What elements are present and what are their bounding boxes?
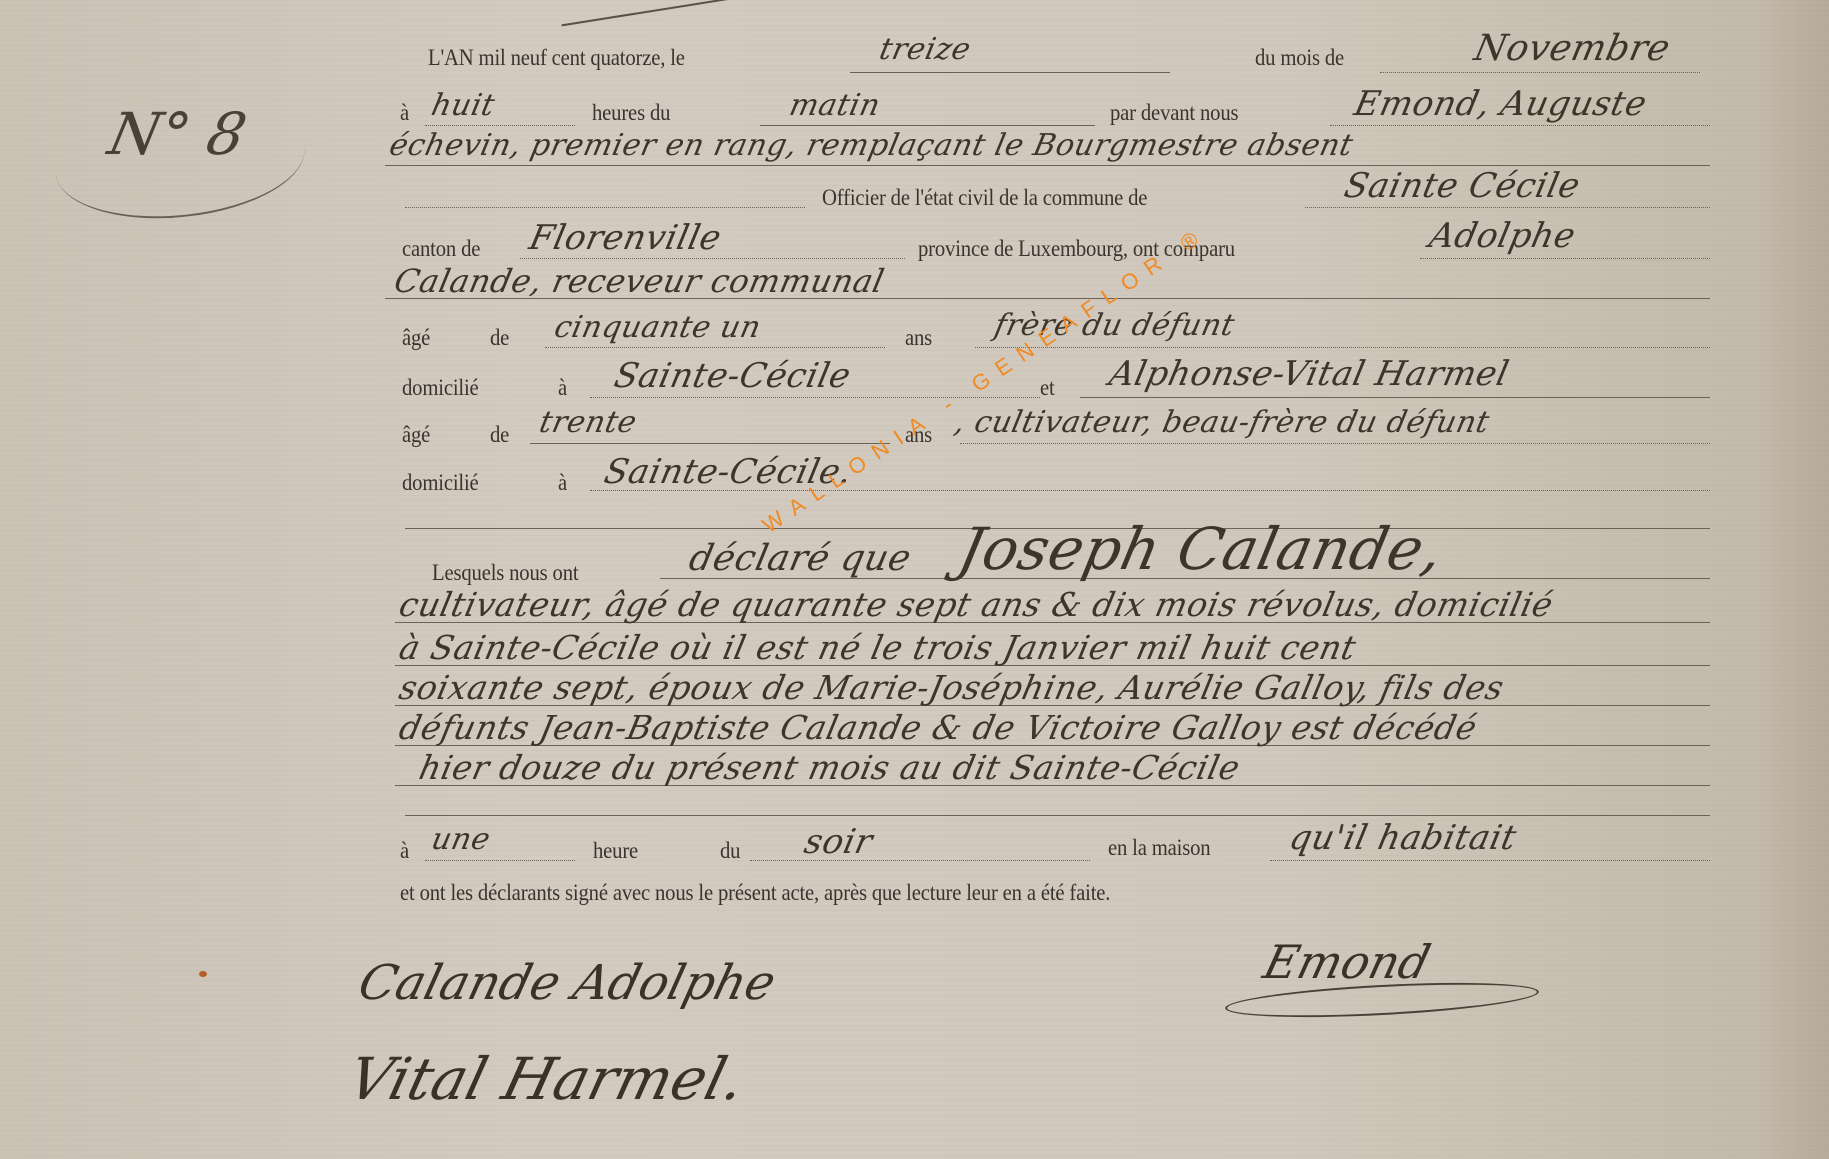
handwritten-parents: défunts Jean-Baptiste Calande & de Victo… <box>396 708 1481 747</box>
handwritten-day: treize <box>876 32 974 67</box>
print-text: à <box>558 375 567 401</box>
handwritten-declarant2-name: Alphonse-Vital Harmel <box>1106 354 1513 394</box>
print-text: domicilié <box>402 375 479 401</box>
civil-record-page: N° 8 L'AN mil neuf cent quatorze, le tre… <box>0 0 1829 1159</box>
fill-line <box>1270 860 1710 861</box>
fill-line <box>1420 258 1710 259</box>
fill-line <box>960 443 1710 444</box>
print-text: à <box>400 100 409 126</box>
handwritten-declarant1-firstname: Adolphe <box>1426 216 1579 256</box>
print-text: canton de <box>402 236 480 262</box>
print-text: du mois de <box>1255 45 1344 71</box>
handwritten-timeofday: matin <box>786 88 883 123</box>
print-text: heure <box>593 838 638 864</box>
print-text: à <box>558 470 567 496</box>
fill-line <box>425 860 575 861</box>
print-text: Officier de l'état civil de la commune d… <box>822 185 1147 211</box>
handwritten-declared: déclaré que <box>686 538 915 579</box>
print-text: en la maison <box>1108 835 1210 861</box>
handwritten-deceased-name: Joseph Calande, <box>953 515 1449 583</box>
print-text: domicilié <box>402 470 479 496</box>
separator-line <box>405 815 1710 816</box>
handwritten-officer-role: échevin, premier en rang, remplaçant le … <box>386 128 1356 163</box>
handwritten-death-hour: une <box>428 822 493 857</box>
handwritten-declarant1-name: Calande, receveur communal <box>391 262 888 300</box>
fill-line <box>405 207 805 208</box>
fill-line <box>975 347 1710 348</box>
print-text: de <box>490 325 509 351</box>
print-text: âgé <box>402 422 430 448</box>
print-text: heures du <box>592 100 670 126</box>
handwritten-commune: Sainte Cécile <box>1341 166 1584 206</box>
ink-stain <box>199 971 207 977</box>
act-number: N° 8 <box>103 100 253 168</box>
print-text: ans <box>905 325 932 351</box>
fill-line <box>1330 125 1710 126</box>
signature-declarant1: Calande Adolphe <box>353 955 781 1011</box>
fill-line <box>1380 72 1700 73</box>
print-text: Lesquels nous ont <box>432 560 578 586</box>
print-text: par devant nous <box>1110 100 1238 126</box>
handwritten-death-place: qu'il habitait <box>1286 818 1520 858</box>
fill-line <box>425 125 575 126</box>
fill-line <box>545 347 885 348</box>
closing-statement: et ont les déclarants signé avec nous le… <box>400 880 1110 906</box>
print-text: et <box>1040 375 1055 401</box>
fill-line <box>760 125 1095 126</box>
handwritten-domicile1: Sainte-Cécile <box>611 356 855 396</box>
handwritten-spouse: soixante sept, époux de Marie-Joséphine,… <box>396 668 1508 707</box>
fill-line <box>850 72 1170 73</box>
handwritten-officer: Emond, Auguste <box>1351 84 1651 124</box>
signature-officer: Emond <box>1258 935 1435 989</box>
handwritten-age2: trente <box>536 405 640 440</box>
handwritten-birthplace: à Sainte-Cécile où il est né le trois Ja… <box>396 628 1360 667</box>
handwritten-deceased-details: cultivateur, âgé de quarante sept ans & … <box>396 585 1557 624</box>
fill-line <box>1305 207 1710 208</box>
handwritten-canton: Florenville <box>526 218 725 258</box>
signature-declarant2: Vital Harmel. <box>342 1045 752 1113</box>
handwritten-month: Novembre <box>1471 28 1674 69</box>
handwritten-death-timeofday: soir <box>801 822 877 862</box>
print-text: de <box>490 422 509 448</box>
fill-line <box>1080 397 1710 398</box>
handwritten-death-date: hier douze du présent mois au dit Sainte… <box>416 748 1244 787</box>
fill-line <box>530 443 890 444</box>
print-text: L'AN mil neuf cent quatorze, le <box>428 45 685 71</box>
handwritten-hour: huit <box>428 88 498 123</box>
print-text: âgé <box>402 325 430 351</box>
handwritten-relation2: , cultivateur, beau-frère du défunt <box>951 405 1492 440</box>
top-pen-mark <box>561 0 818 26</box>
print-text: à <box>400 838 409 864</box>
print-text: du <box>720 838 740 864</box>
fill-line <box>520 258 905 259</box>
handwritten-age1: cinquante un <box>551 310 764 345</box>
